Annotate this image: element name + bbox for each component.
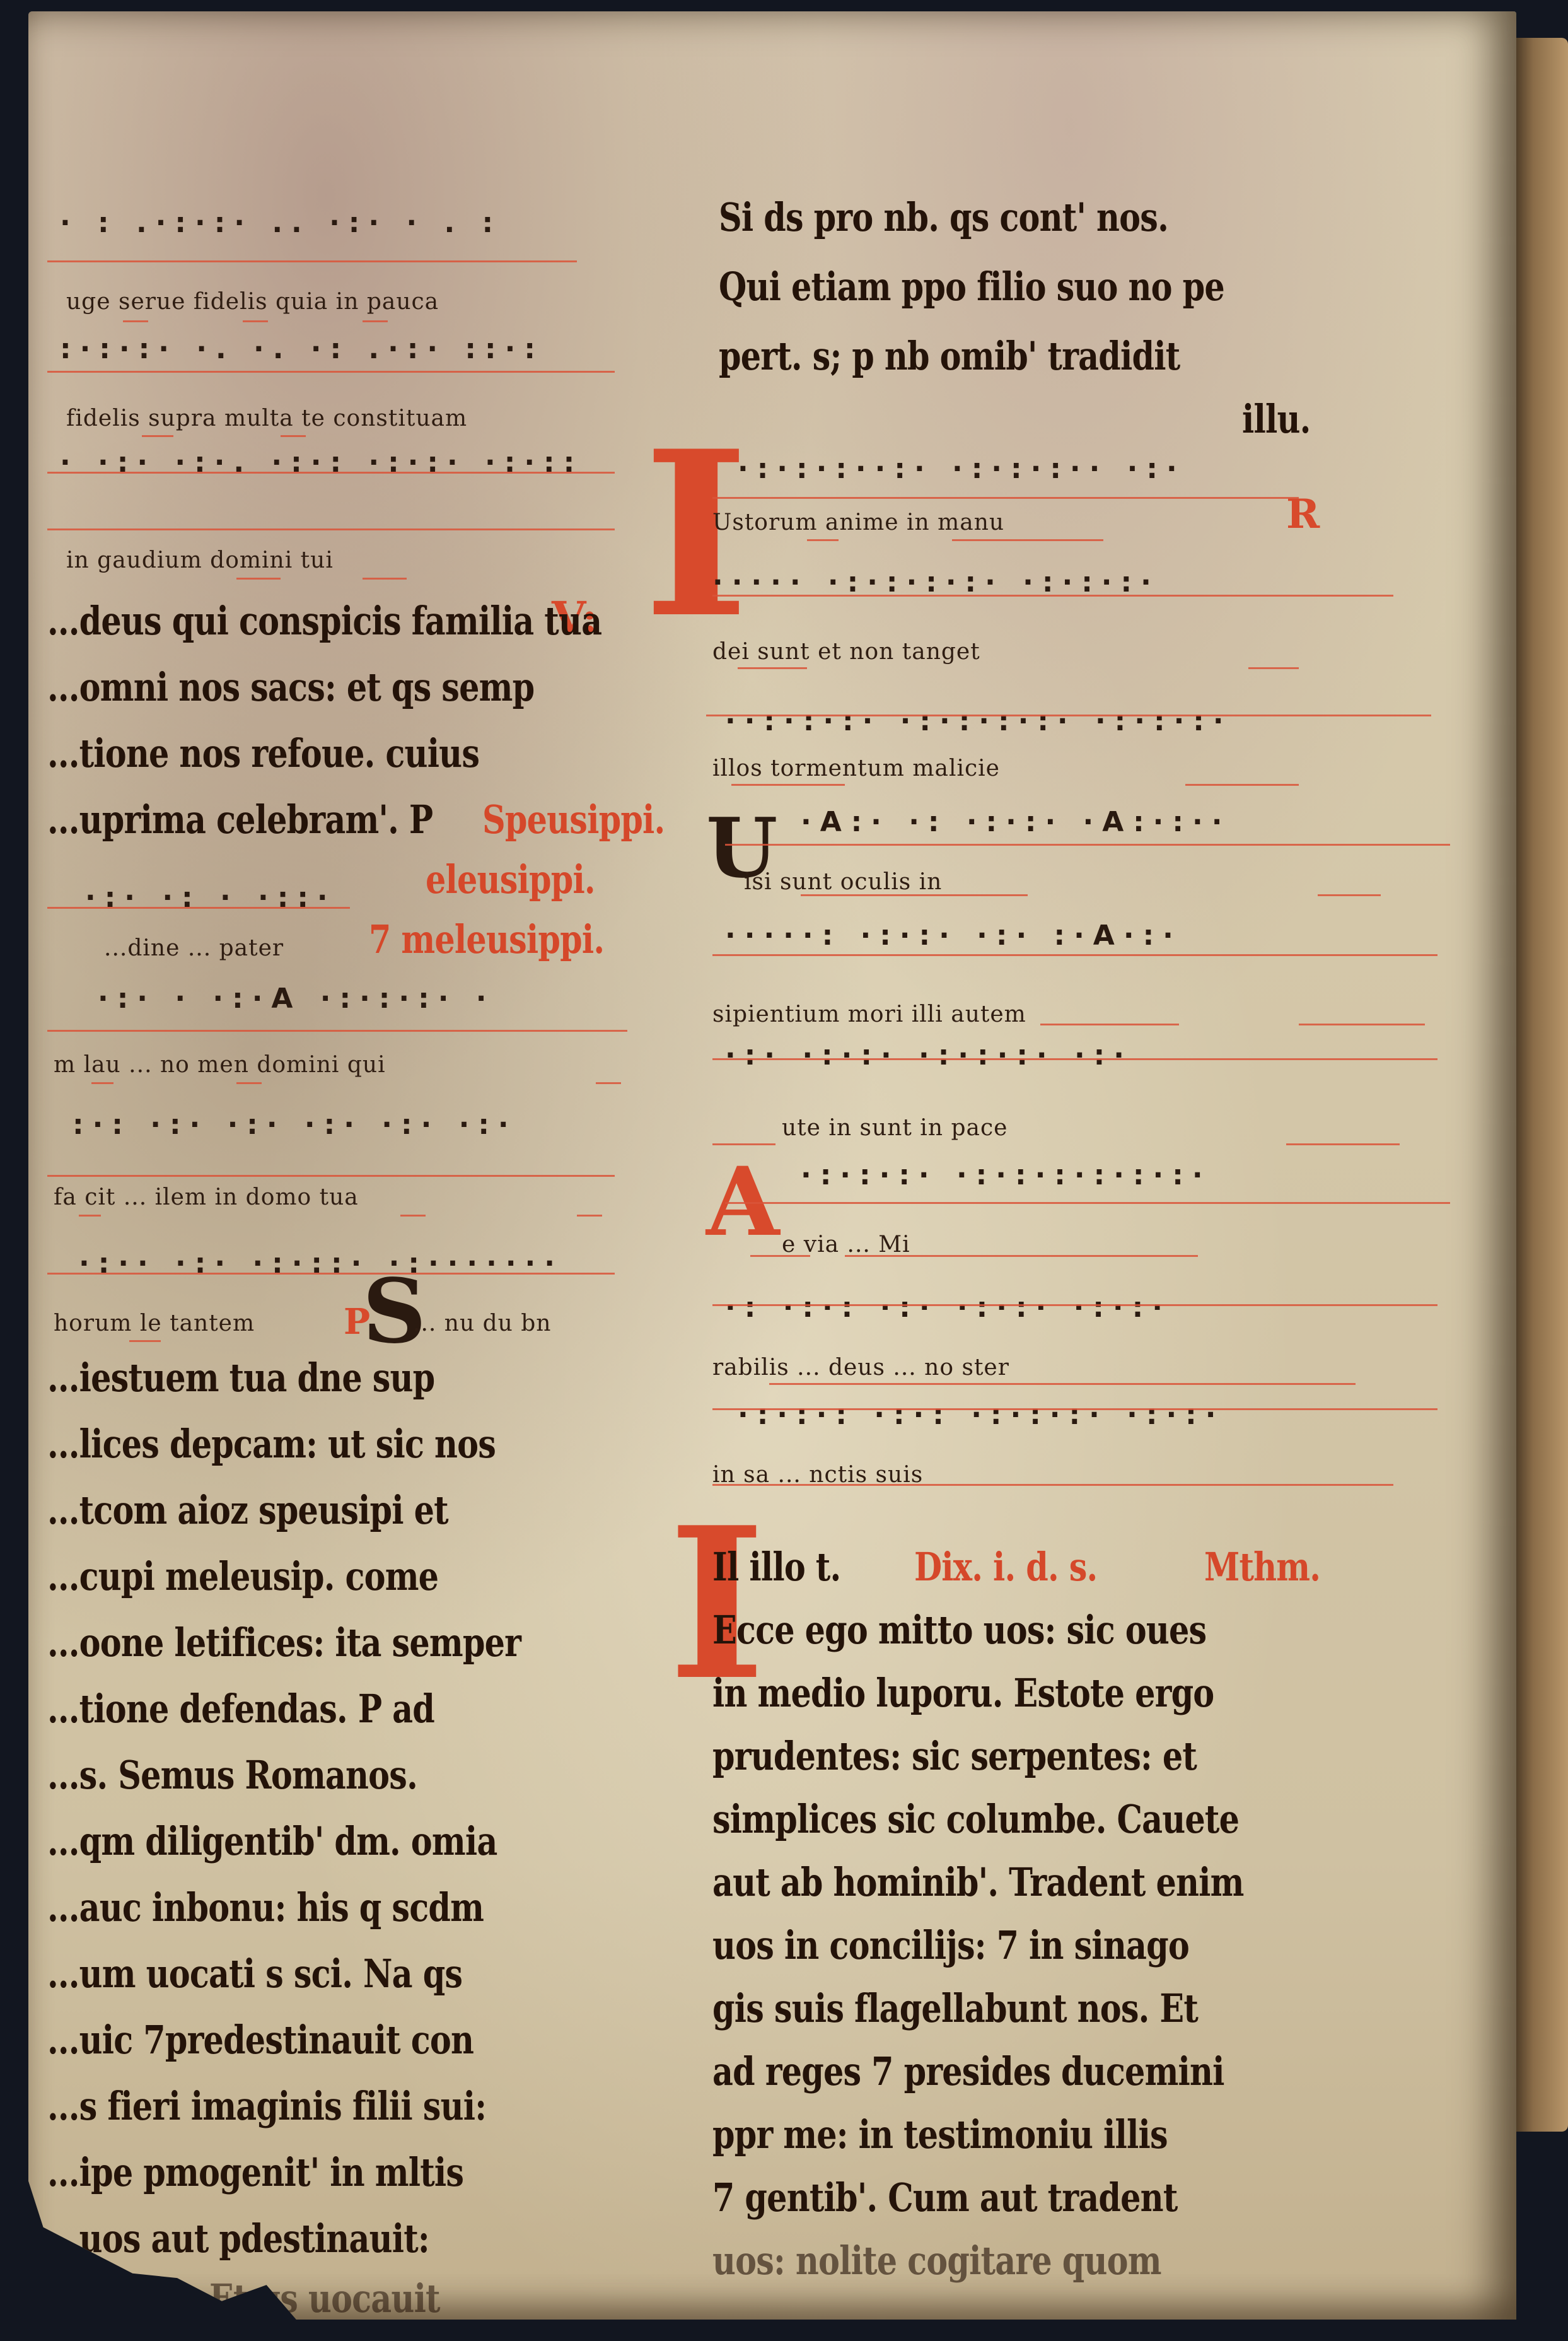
neume-row: ·: ·:·: ·:· ·:·:· ·:·:· [725, 1292, 1171, 1324]
chant-lyric: ute in sunt in pace [782, 1115, 1008, 1141]
chant-lyric: illos tormentum malicie [712, 756, 1000, 781]
chant-lyric: e via ... Mi [782, 1232, 910, 1258]
text-line: ...tione defendas. P ad [47, 1686, 434, 1732]
staff-line [725, 1202, 1450, 1204]
staff-line [769, 1383, 1356, 1385]
text-line: 7 gentib'. Cum aut tradent [712, 2175, 1177, 2221]
staff-line [807, 539, 839, 541]
text-line: ...cupi meleusip. come [47, 1553, 438, 1599]
rubric-responsory-sign: R [1286, 491, 1320, 538]
rubric-text: Speusippi. [482, 797, 665, 843]
neume-row: ·A:· ·: ·:·:· ·A:·:·· [801, 806, 1231, 838]
staff-line [363, 320, 388, 322]
neume-row: :·:·:· ·. ·. ·: .·:· ::·: [60, 333, 544, 365]
text-line: ...lices depcam: ut sic nos [47, 1421, 496, 1467]
text-line: ad reges 7 presides ducemini [712, 2048, 1224, 2094]
chant-lyric: horum le tantem [54, 1311, 255, 1336]
text-line: ...ipe pmogenit' in mltis [47, 2149, 463, 2195]
staff-line [1299, 1024, 1425, 1025]
text-line: ...oone letifices: ita semper [47, 1620, 521, 1666]
staff-line [243, 320, 268, 322]
staff-line [236, 578, 281, 580]
neume-row: ·:· · ·:·A ·:·:·:· · [98, 983, 495, 1015]
staff-line [952, 539, 1103, 541]
text-line: pert. s; p nb omib' tradidit [719, 333, 1180, 379]
staff-line [236, 1082, 262, 1084]
staff-line [47, 1175, 615, 1177]
staff-line [1185, 784, 1299, 786]
text-line: ...deus qui conspicis familia tua [47, 598, 601, 644]
staff-line [47, 472, 615, 474]
text-line: ...tione nos refoue. cuius [47, 730, 479, 776]
chant-lyric: dei sunt et non tanget [712, 639, 980, 665]
text-line: ...ocauit. Et qs uocauit [47, 2275, 440, 2321]
text-line: uos: nolite cogitare quom [712, 2238, 1161, 2284]
staff-line [706, 715, 1431, 716]
neume-row: ·:· ·: · ·::· [85, 882, 337, 914]
text-line: ...uos aut pdestinauit: [47, 2215, 429, 2262]
chant-lyric: ... nu du bn [413, 1311, 552, 1336]
staff-line [712, 1408, 1437, 1410]
text-line: Il illo t. [712, 1544, 840, 1590]
text-line: simplices sic columbe. Cauete [712, 1796, 1239, 1842]
staff-line [129, 1340, 161, 1342]
neume-row: ·····: ·:·:· ·:· :·A·:· [725, 919, 1182, 952]
staff-line [712, 954, 1437, 956]
neume-row: ·:·:·: ·:·: ·:·:·:· ·:·:· [738, 1399, 1225, 1431]
staff-line [91, 1082, 113, 1084]
chant-lyric: fa cit ... ilem in domo tua [54, 1184, 359, 1210]
staff-line [142, 435, 173, 437]
staff-line [596, 1082, 621, 1084]
text-line: ppr me: in testimoniu illis [712, 2111, 1168, 2157]
neume-row: ·:· ·:·:· ·:·:·:· ·:· [725, 1039, 1133, 1071]
text-line: ...qm diligentib' dm. omia [47, 1818, 497, 1864]
text-line: uos in concilijs: 7 in sinago [712, 1922, 1189, 1968]
staff-line [47, 1030, 627, 1032]
chant-lyric: rabilis ... deus ... no ster [712, 1355, 1009, 1381]
text-line: ...iestuem tua dne sup [47, 1355, 434, 1401]
staff-line [845, 1255, 1198, 1257]
text-line: ...s fieri imaginis filii sui: [47, 2083, 486, 2129]
text-line: prudentes: sic serpentes: et [712, 1733, 1197, 1779]
staff-line [712, 1484, 1393, 1486]
staff-line [281, 435, 306, 437]
staff-line [801, 894, 1028, 896]
staff-line [712, 497, 1299, 499]
staff-line [1286, 1143, 1400, 1145]
chant-lyric: fidelis supra multa te constituam [66, 406, 467, 431]
adjacent-leaf-edge [1510, 38, 1568, 2132]
staff-line [47, 260, 577, 262]
text-line: in medio luporu. Estote ergo [712, 1670, 1214, 1716]
staff-line [47, 1273, 615, 1275]
rubric-text: eleusippi. [426, 856, 595, 902]
text-line: ...uic 7predestinauit con [47, 2017, 473, 2063]
staff-line [400, 1215, 426, 1217]
neume-row: · ·:· ·:·. ·:·: ·:·:· ·:·:: [60, 447, 583, 479]
text-line: illu. [1242, 396, 1311, 442]
text-line: gis suis flagellabunt nos. Et [712, 1985, 1198, 2031]
chant-lyric: uge serue fidelis quia in pauca [66, 289, 439, 315]
staff-line [738, 667, 807, 669]
staff-line [712, 595, 1393, 597]
text-line: ...omni nos sacs: et qs semp [47, 664, 534, 710]
staff-line [1248, 667, 1299, 669]
chant-lyric: sipientium mori illi autem [712, 1001, 1026, 1027]
staff-line [1040, 1024, 1179, 1025]
text-line: ...auc inbonu: his q scdm [47, 1884, 484, 1930]
staff-line [79, 1215, 101, 1217]
chant-lyric: m lau ... no men domini qui [54, 1052, 386, 1078]
staff-line [731, 784, 845, 786]
text-line: ...s. Semus Romanos. [47, 1752, 417, 1798]
rubric-text: Dix. i. d. s. [914, 1544, 1097, 1590]
staff-line [725, 844, 1450, 846]
text-line: ...uprima celebram'. P [47, 797, 433, 843]
neume-row: · : .·:·:· .. ·:· · . : [60, 207, 502, 239]
neume-row: ····· ·:·:·:·:· ·:·:·:· [712, 566, 1160, 598]
staff-line [712, 1143, 775, 1145]
chant-lyric: Ustorum anime in manu [712, 510, 1004, 535]
text-line: Si ds pro nb. qs cont' nos. [719, 194, 1168, 240]
chant-lyric: in gaudium domini tui [66, 547, 334, 573]
staff-line [577, 1215, 602, 1217]
staff-line [363, 578, 407, 580]
staff-line [123, 320, 148, 322]
staff-line [1318, 894, 1381, 896]
chant-lyric: ...dine ... pater [104, 935, 284, 961]
text-line: Qui etiam ppo filio suo no pe [719, 264, 1224, 310]
neume-row: :·: ·:· ·:· ·:· ·:· ·:· [73, 1109, 518, 1141]
staff-line [712, 1058, 1437, 1060]
rubric-text: Mthm. [1204, 1544, 1320, 1590]
staff-line [750, 1255, 810, 1257]
text-line: Ecce ego mitto uos: sic oues [712, 1607, 1206, 1653]
neume-row: ·:·· ·:· ·:·::· ·:······· [79, 1247, 564, 1280]
chant-lyric: isi sunt oculis in [744, 869, 942, 895]
neume-row: ·:·:·:··:· ·:·:·:·· ·:· [738, 453, 1186, 485]
staff-line [47, 528, 615, 530]
rubric-text: 7 meleusippi. [369, 916, 604, 962]
text-line: aut ab hominib'. Tradent enim [712, 1859, 1244, 1905]
text-line: ...tcom aioz speusipi et [47, 1487, 448, 1533]
neume-row: ··:·:·:· ·:·:·:·:· ·:·:·:· [725, 705, 1233, 737]
neume-row: ·:·:·:· ·:·:·:·:·:·:· [801, 1159, 1212, 1191]
text-line: ...um uocati s sci. Na qs [47, 1951, 462, 1997]
manuscript-page: · : .·:·:· .. ·:· · . : uge serue fideli… [28, 11, 1516, 2320]
staff-line [47, 371, 615, 373]
staff-line [712, 1304, 1437, 1306]
